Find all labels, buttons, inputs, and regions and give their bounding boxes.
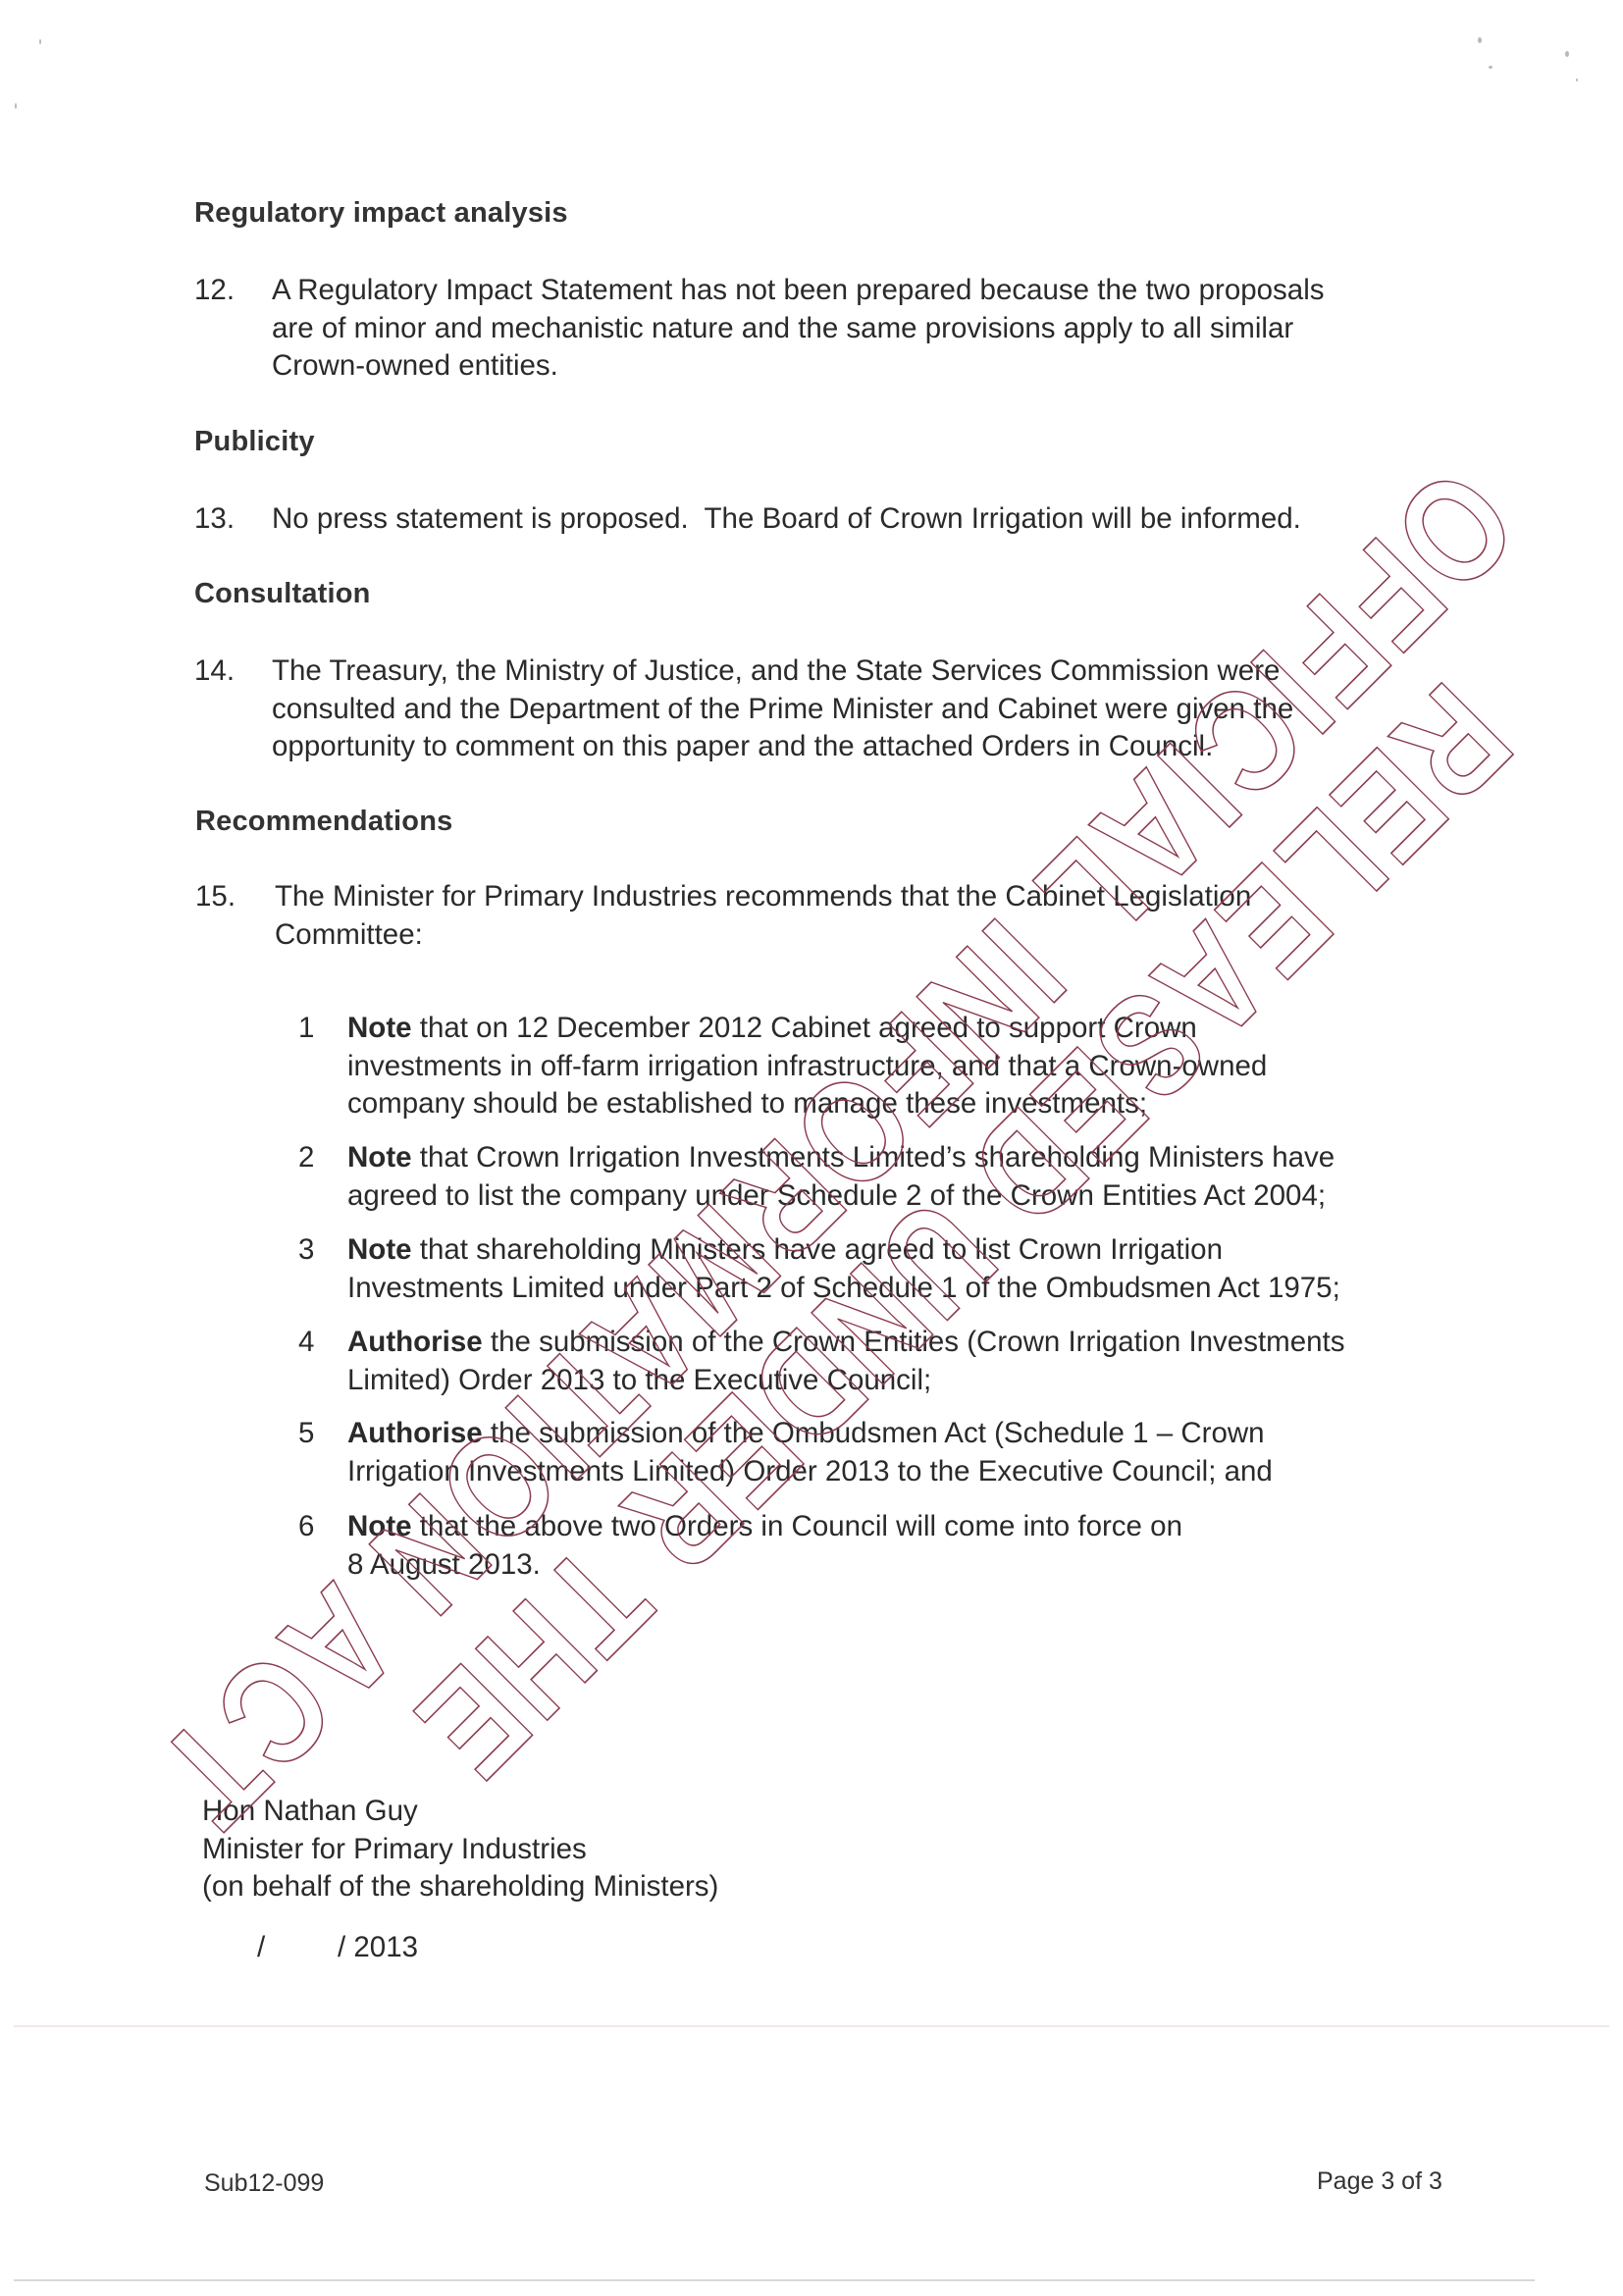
recommendation-item-3: Note that shareholding Ministers have ag… <box>347 1231 1340 1307</box>
date-year: / 2013 <box>338 1929 418 1967</box>
paragraph-14: The Treasury, the Ministry of Justice, a… <box>272 652 1293 766</box>
signatory-note: (on behalf of the shareholding Ministers… <box>202 1868 718 1906</box>
recommendation-first-line: Note that on 12 December 2012 Cabinet ag… <box>347 1010 1267 1048</box>
recommendation-line: Investments Limited under Part 2 of Sche… <box>347 1270 1340 1308</box>
para-number: 15. <box>195 878 236 916</box>
recommendation-line: agreed to list the company under Schedul… <box>347 1177 1335 1216</box>
recommendation-text: that on 12 December 2012 Cabinet agreed … <box>412 1012 1197 1044</box>
scan-edge-line <box>14 2279 1535 2281</box>
recommendation-number: 4 <box>298 1324 314 1362</box>
recommendation-item-4: Authorise the submission of the Crown En… <box>347 1324 1345 1399</box>
signature-block: Hon Nathan Guy Minister for Primary Indu… <box>202 1793 718 1906</box>
scan-speck <box>1565 51 1569 57</box>
recommendation-line: Irrigation Investments Limited) Order 20… <box>347 1453 1273 1491</box>
recommendation-item-5: Authorise the submission of the Ombudsme… <box>347 1415 1273 1490</box>
recommendation-keyword: Authorise <box>347 1417 483 1449</box>
paragraph-line: A Regulatory Impact Statement has not be… <box>272 272 1325 310</box>
recommendation-text: that shareholding Ministers have agreed … <box>412 1233 1223 1266</box>
recommendation-keyword: Note <box>347 1510 412 1542</box>
paragraph-line: The Treasury, the Ministry of Justice, a… <box>272 652 1293 691</box>
recommendation-number: 6 <box>298 1508 314 1546</box>
footer-reference: Sub12-099 <box>204 2169 324 2198</box>
para-number: 13. <box>194 500 235 539</box>
recommendation-keyword: Note <box>347 1141 412 1174</box>
recommendation-number: 1 <box>298 1010 314 1048</box>
signatory-title: Minister for Primary Industries <box>202 1831 718 1869</box>
date-separator: / <box>257 1929 265 1967</box>
recommendation-line: 8 August 2013. <box>347 1546 1182 1585</box>
paragraph-15: The Minister for Primary Industries reco… <box>275 878 1251 954</box>
paragraph-12: A Regulatory Impact Statement has not be… <box>272 272 1325 386</box>
scan-speck <box>1489 66 1492 69</box>
recommendation-keyword: Note <box>347 1233 412 1266</box>
recommendation-text: that the above two Orders in Council wil… <box>412 1510 1182 1542</box>
paragraph-line: The Minister for Primary Industries reco… <box>275 878 1251 916</box>
paragraph-line: Crown-owned entities. <box>272 347 1325 386</box>
scan-speck <box>1576 78 1578 81</box>
recommendation-line: company should be established to manage … <box>347 1085 1267 1123</box>
recommendation-item-6: Note that the above two Orders in Counci… <box>347 1508 1182 1584</box>
scan-speck <box>1478 37 1482 43</box>
recommendation-item-2: Note that Crown Irrigation Investments L… <box>347 1139 1335 1215</box>
recommendation-line: investments in off-farm irrigation infra… <box>347 1048 1267 1086</box>
scan-speck <box>15 103 17 109</box>
para-number: 12. <box>194 272 235 310</box>
recommendation-keyword: Authorise <box>347 1326 483 1358</box>
recommendation-first-line: Note that Crown Irrigation Investments L… <box>347 1139 1335 1177</box>
section-heading-consultation: Consultation <box>194 578 371 610</box>
para-number: 14. <box>194 652 235 691</box>
recommendation-number: 3 <box>298 1231 314 1270</box>
recommendation-text: the submission of the Crown Entities (Cr… <box>483 1326 1345 1358</box>
recommendation-keyword: Note <box>347 1012 412 1044</box>
recommendation-number: 5 <box>298 1415 314 1453</box>
recommendation-text: the submission of the Ombudsmen Act (Sch… <box>483 1417 1265 1449</box>
recommendation-number: 2 <box>298 1139 314 1177</box>
recommendation-first-line: Authorise the submission of the Ombudsme… <box>347 1415 1273 1453</box>
paragraph-13: No press statement is proposed. The Boar… <box>272 500 1301 539</box>
paragraph-line: consulted and the Department of the Prim… <box>272 691 1293 729</box>
scan-speck <box>39 39 41 44</box>
paragraph-line: No press statement is proposed. The Boar… <box>272 500 1301 539</box>
section-heading-recommendations: Recommendations <box>195 806 452 838</box>
recommendation-first-line: Note that shareholding Ministers have ag… <box>347 1231 1340 1270</box>
section-heading-publicity: Publicity <box>194 426 315 458</box>
section-heading-regulatory: Regulatory impact analysis <box>194 197 568 230</box>
signatory-name: Hon Nathan Guy <box>202 1793 718 1831</box>
recommendation-first-line: Authorise the submission of the Crown En… <box>347 1324 1345 1362</box>
paragraph-line: Committee: <box>275 916 1251 955</box>
footer-page-number: Page 3 of 3 <box>1317 2167 1442 2196</box>
recommendation-line: Limited) Order 2013 to the Executive Cou… <box>347 1362 1345 1400</box>
recommendation-item-1: Note that on 12 December 2012 Cabinet ag… <box>347 1010 1267 1123</box>
recommendation-text: that Crown Irrigation Investments Limite… <box>412 1141 1335 1174</box>
recommendation-first-line: Note that the above two Orders in Counci… <box>347 1508 1182 1546</box>
page-divider <box>14 2025 1609 2027</box>
paragraph-line: opportunity to comment on this paper and… <box>272 728 1293 766</box>
paragraph-line: are of minor and mechanistic nature and … <box>272 310 1325 348</box>
